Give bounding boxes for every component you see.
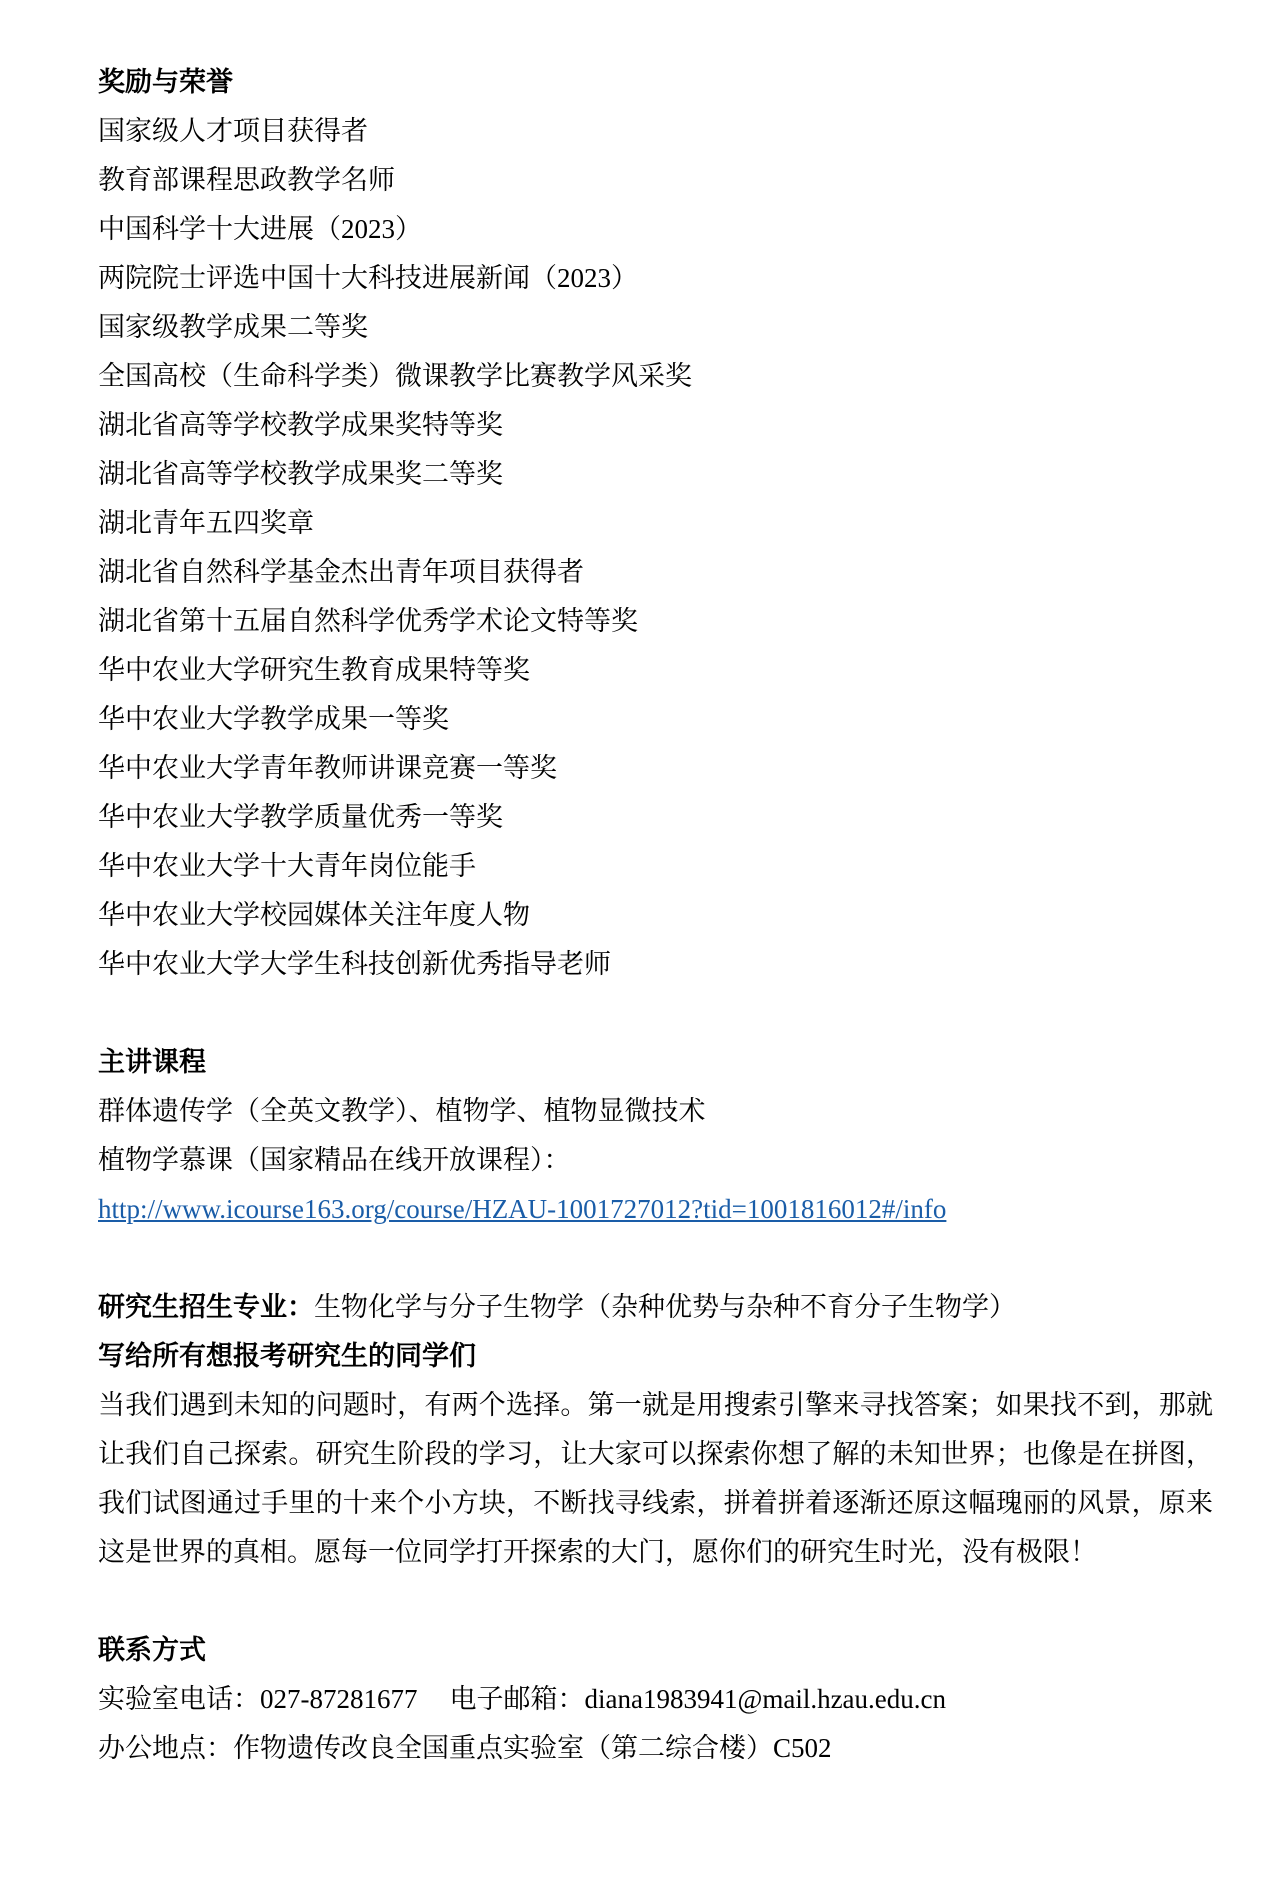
- award-item: 教育部课程思政教学名师: [98, 156, 1213, 205]
- contact-office-line: 办公地点：作物遗传改良全国重点实验室（第二综合楼）C502: [98, 1724, 1213, 1773]
- award-item: 华中农业大学研究生教育成果特等奖: [98, 646, 1213, 695]
- award-item: 湖北青年五四奖章: [98, 499, 1213, 548]
- phone-label: 实验室电话：: [98, 1684, 260, 1714]
- contact-section: 联系方式 实验室电话：027-87281677电子邮箱：diana1983941…: [98, 1626, 1213, 1773]
- award-item: 华中农业大学十大青年岗位能手: [98, 842, 1213, 891]
- contact-phone-email-line: 实验室电话：027-87281677电子邮箱：diana1983941@mail…: [98, 1675, 1213, 1724]
- mooc-link-line: http://www.icourse163.org/course/HZAU-10…: [98, 1185, 1213, 1234]
- office-value: 作物遗传改良全国重点实验室（第二综合楼）C502: [233, 1733, 832, 1763]
- document-page: 奖励与荣誉 国家级人才项目获得者 教育部课程思政教学名师 中国科学十大进展（20…: [0, 0, 1280, 1890]
- courses-section: 主讲课程 群体遗传学（全英文教学）、植物学、植物显微技术 植物学慕课（国家精品在…: [98, 1038, 1213, 1234]
- award-item: 湖北省第十五届自然科学优秀学术论文特等奖: [98, 597, 1213, 646]
- phone-value: 027-87281677: [260, 1684, 418, 1714]
- admissions-major-value: 生物化学与分子生物学（杂种优势与杂种不育分子生物学）: [314, 1292, 1016, 1322]
- letter-body: 当我们遇到未知的问题时，有两个选择。第一就是用搜索引擎来寻找答案；如果找不到，那…: [98, 1381, 1213, 1577]
- award-item: 华中农业大学大学生科技创新优秀指导老师: [98, 940, 1213, 989]
- admissions-major-label: 研究生招生专业：: [98, 1292, 314, 1322]
- courses-line-1: 群体遗传学（全英文教学）、植物学、植物显微技术: [98, 1087, 1213, 1136]
- letter-heading: 写给所有想报考研究生的同学们: [98, 1332, 1213, 1381]
- award-item: 华中农业大学教学质量优秀一等奖: [98, 793, 1213, 842]
- award-item: 中国科学十大进展（2023）: [98, 205, 1213, 254]
- email-value: diana1983941@mail.hzau.edu.cn: [585, 1684, 947, 1714]
- award-item: 华中农业大学校园媒体关注年度人物: [98, 891, 1213, 940]
- contact-heading: 联系方式: [98, 1626, 1213, 1675]
- award-item: 湖北省高等学校教学成果奖特等奖: [98, 401, 1213, 450]
- awards-heading: 奖励与荣誉: [98, 58, 1213, 107]
- email-label: 电子邮箱：: [450, 1684, 585, 1714]
- award-item: 华中农业大学青年教师讲课竞赛一等奖: [98, 744, 1213, 793]
- award-item: 湖北省自然科学基金杰出青年项目获得者: [98, 548, 1213, 597]
- award-item: 国家级教学成果二等奖: [98, 303, 1213, 352]
- courses-line-2: 植物学慕课（国家精品在线开放课程）：: [98, 1136, 1213, 1185]
- award-item: 湖北省高等学校教学成果奖二等奖: [98, 450, 1213, 499]
- award-item: 国家级人才项目获得者: [98, 107, 1213, 156]
- admissions-major-line: 研究生招生专业：生物化学与分子生物学（杂种优势与杂种不育分子生物学）: [98, 1283, 1213, 1332]
- award-item: 两院院士评选中国十大科技进展新闻（2023）: [98, 254, 1213, 303]
- award-item: 全国高校（生命科学类）微课教学比赛教学风采奖: [98, 352, 1213, 401]
- awards-section: 奖励与荣誉 国家级人才项目获得者 教育部课程思政教学名师 中国科学十大进展（20…: [98, 58, 1213, 989]
- courses-heading: 主讲课程: [98, 1038, 1213, 1087]
- admissions-section: 研究生招生专业：生物化学与分子生物学（杂种优势与杂种不育分子生物学） 写给所有想…: [98, 1283, 1213, 1577]
- office-label: 办公地点：: [98, 1733, 233, 1763]
- mooc-course-link[interactable]: http://www.icourse163.org/course/HZAU-10…: [98, 1194, 946, 1224]
- award-item: 华中农业大学教学成果一等奖: [98, 695, 1213, 744]
